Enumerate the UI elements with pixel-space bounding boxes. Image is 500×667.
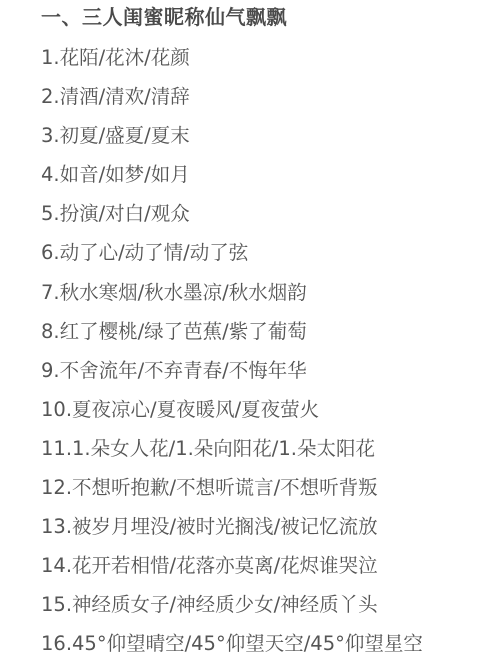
item-text: 花开若相惜/花落亦莫离/花烬谁哭泣 bbox=[72, 554, 378, 577]
list-item: 5.扮演/对白/观众 bbox=[41, 194, 423, 233]
list-item: 8.红了樱桃/绿了芭蕉/紫了葡萄 bbox=[41, 312, 423, 351]
item-number: 16. bbox=[41, 632, 72, 655]
item-number: 7. bbox=[41, 281, 60, 304]
item-text: 神经质女子/神经质少女/神经质丫头 bbox=[72, 593, 378, 616]
item-text: 初夏/盛夏/夏末 bbox=[60, 124, 190, 147]
item-number: 12. bbox=[41, 476, 72, 499]
item-text: 秋水寒烟/秋水墨凉/秋水烟韵 bbox=[60, 281, 307, 304]
item-number: 11. bbox=[41, 437, 72, 460]
list-item: 12.不想听抱歉/不想听谎言/不想听背叛 bbox=[41, 468, 423, 507]
item-number: 10. bbox=[41, 398, 72, 421]
item-number: 3. bbox=[41, 124, 60, 147]
item-text: 红了樱桃/绿了芭蕉/紫了葡萄 bbox=[60, 320, 307, 343]
list-item: 1.花陌/花沐/花颜 bbox=[41, 38, 423, 77]
nickname-list: 1.花陌/花沐/花颜 2.清酒/清欢/清辞 3.初夏/盛夏/夏末 4.如音/如梦… bbox=[41, 38, 423, 664]
item-number: 9. bbox=[41, 359, 60, 382]
list-item: 10.夏夜凉心/夏夜暖风/夏夜萤火 bbox=[41, 390, 423, 429]
item-text: 夏夜凉心/夏夜暖风/夏夜萤火 bbox=[72, 398, 319, 421]
item-text: 1.朵女人花/1.朵向阳花/1.朵太阳花 bbox=[72, 437, 375, 460]
list-item: 4.如音/如梦/如月 bbox=[41, 155, 423, 194]
item-text: 不想听抱歉/不想听谎言/不想听背叛 bbox=[72, 476, 378, 499]
item-text: 不舍流年/不弃青春/不悔年华 bbox=[60, 359, 307, 382]
list-item: 15.神经质女子/神经质少女/神经质丫头 bbox=[41, 585, 423, 624]
list-item: 9.不舍流年/不弃青春/不悔年华 bbox=[41, 351, 423, 390]
list-item: 14.花开若相惜/花落亦莫离/花烬谁哭泣 bbox=[41, 546, 423, 585]
list-item: 3.初夏/盛夏/夏末 bbox=[41, 116, 423, 155]
list-item: 16.45°仰望晴空/45°仰望天空/45°仰望星空 bbox=[41, 624, 423, 663]
list-item: 13.被岁月埋没/被时光搁浅/被记忆流放 bbox=[41, 507, 423, 546]
list-item: 7.秋水寒烟/秋水墨凉/秋水烟韵 bbox=[41, 273, 423, 312]
item-text: 如音/如梦/如月 bbox=[60, 163, 190, 186]
item-text: 扮演/对白/观众 bbox=[60, 202, 190, 225]
list-item: 6.动了心/动了情/动了弦 bbox=[41, 233, 423, 272]
item-text: 清酒/清欢/清辞 bbox=[60, 85, 190, 108]
item-text: 花陌/花沐/花颜 bbox=[60, 46, 190, 69]
item-number: 2. bbox=[41, 85, 60, 108]
item-number: 1. bbox=[41, 46, 60, 69]
item-number: 14. bbox=[41, 554, 72, 577]
item-text: 动了心/动了情/动了弦 bbox=[60, 241, 249, 264]
item-number: 5. bbox=[41, 202, 60, 225]
list-item: 2.清酒/清欢/清辞 bbox=[41, 77, 423, 116]
item-number: 13. bbox=[41, 515, 72, 538]
section-heading: 一、三人闺蜜昵称仙气飘飘 bbox=[41, 4, 287, 30]
item-number: 4. bbox=[41, 163, 60, 186]
list-item: 11.1.朵女人花/1.朵向阳花/1.朵太阳花 bbox=[41, 429, 423, 468]
item-text: 被岁月埋没/被时光搁浅/被记忆流放 bbox=[72, 515, 378, 538]
item-number: 8. bbox=[41, 320, 60, 343]
item-text: 45°仰望晴空/45°仰望天空/45°仰望星空 bbox=[72, 632, 423, 655]
item-number: 15. bbox=[41, 593, 72, 616]
item-number: 6. bbox=[41, 241, 60, 264]
